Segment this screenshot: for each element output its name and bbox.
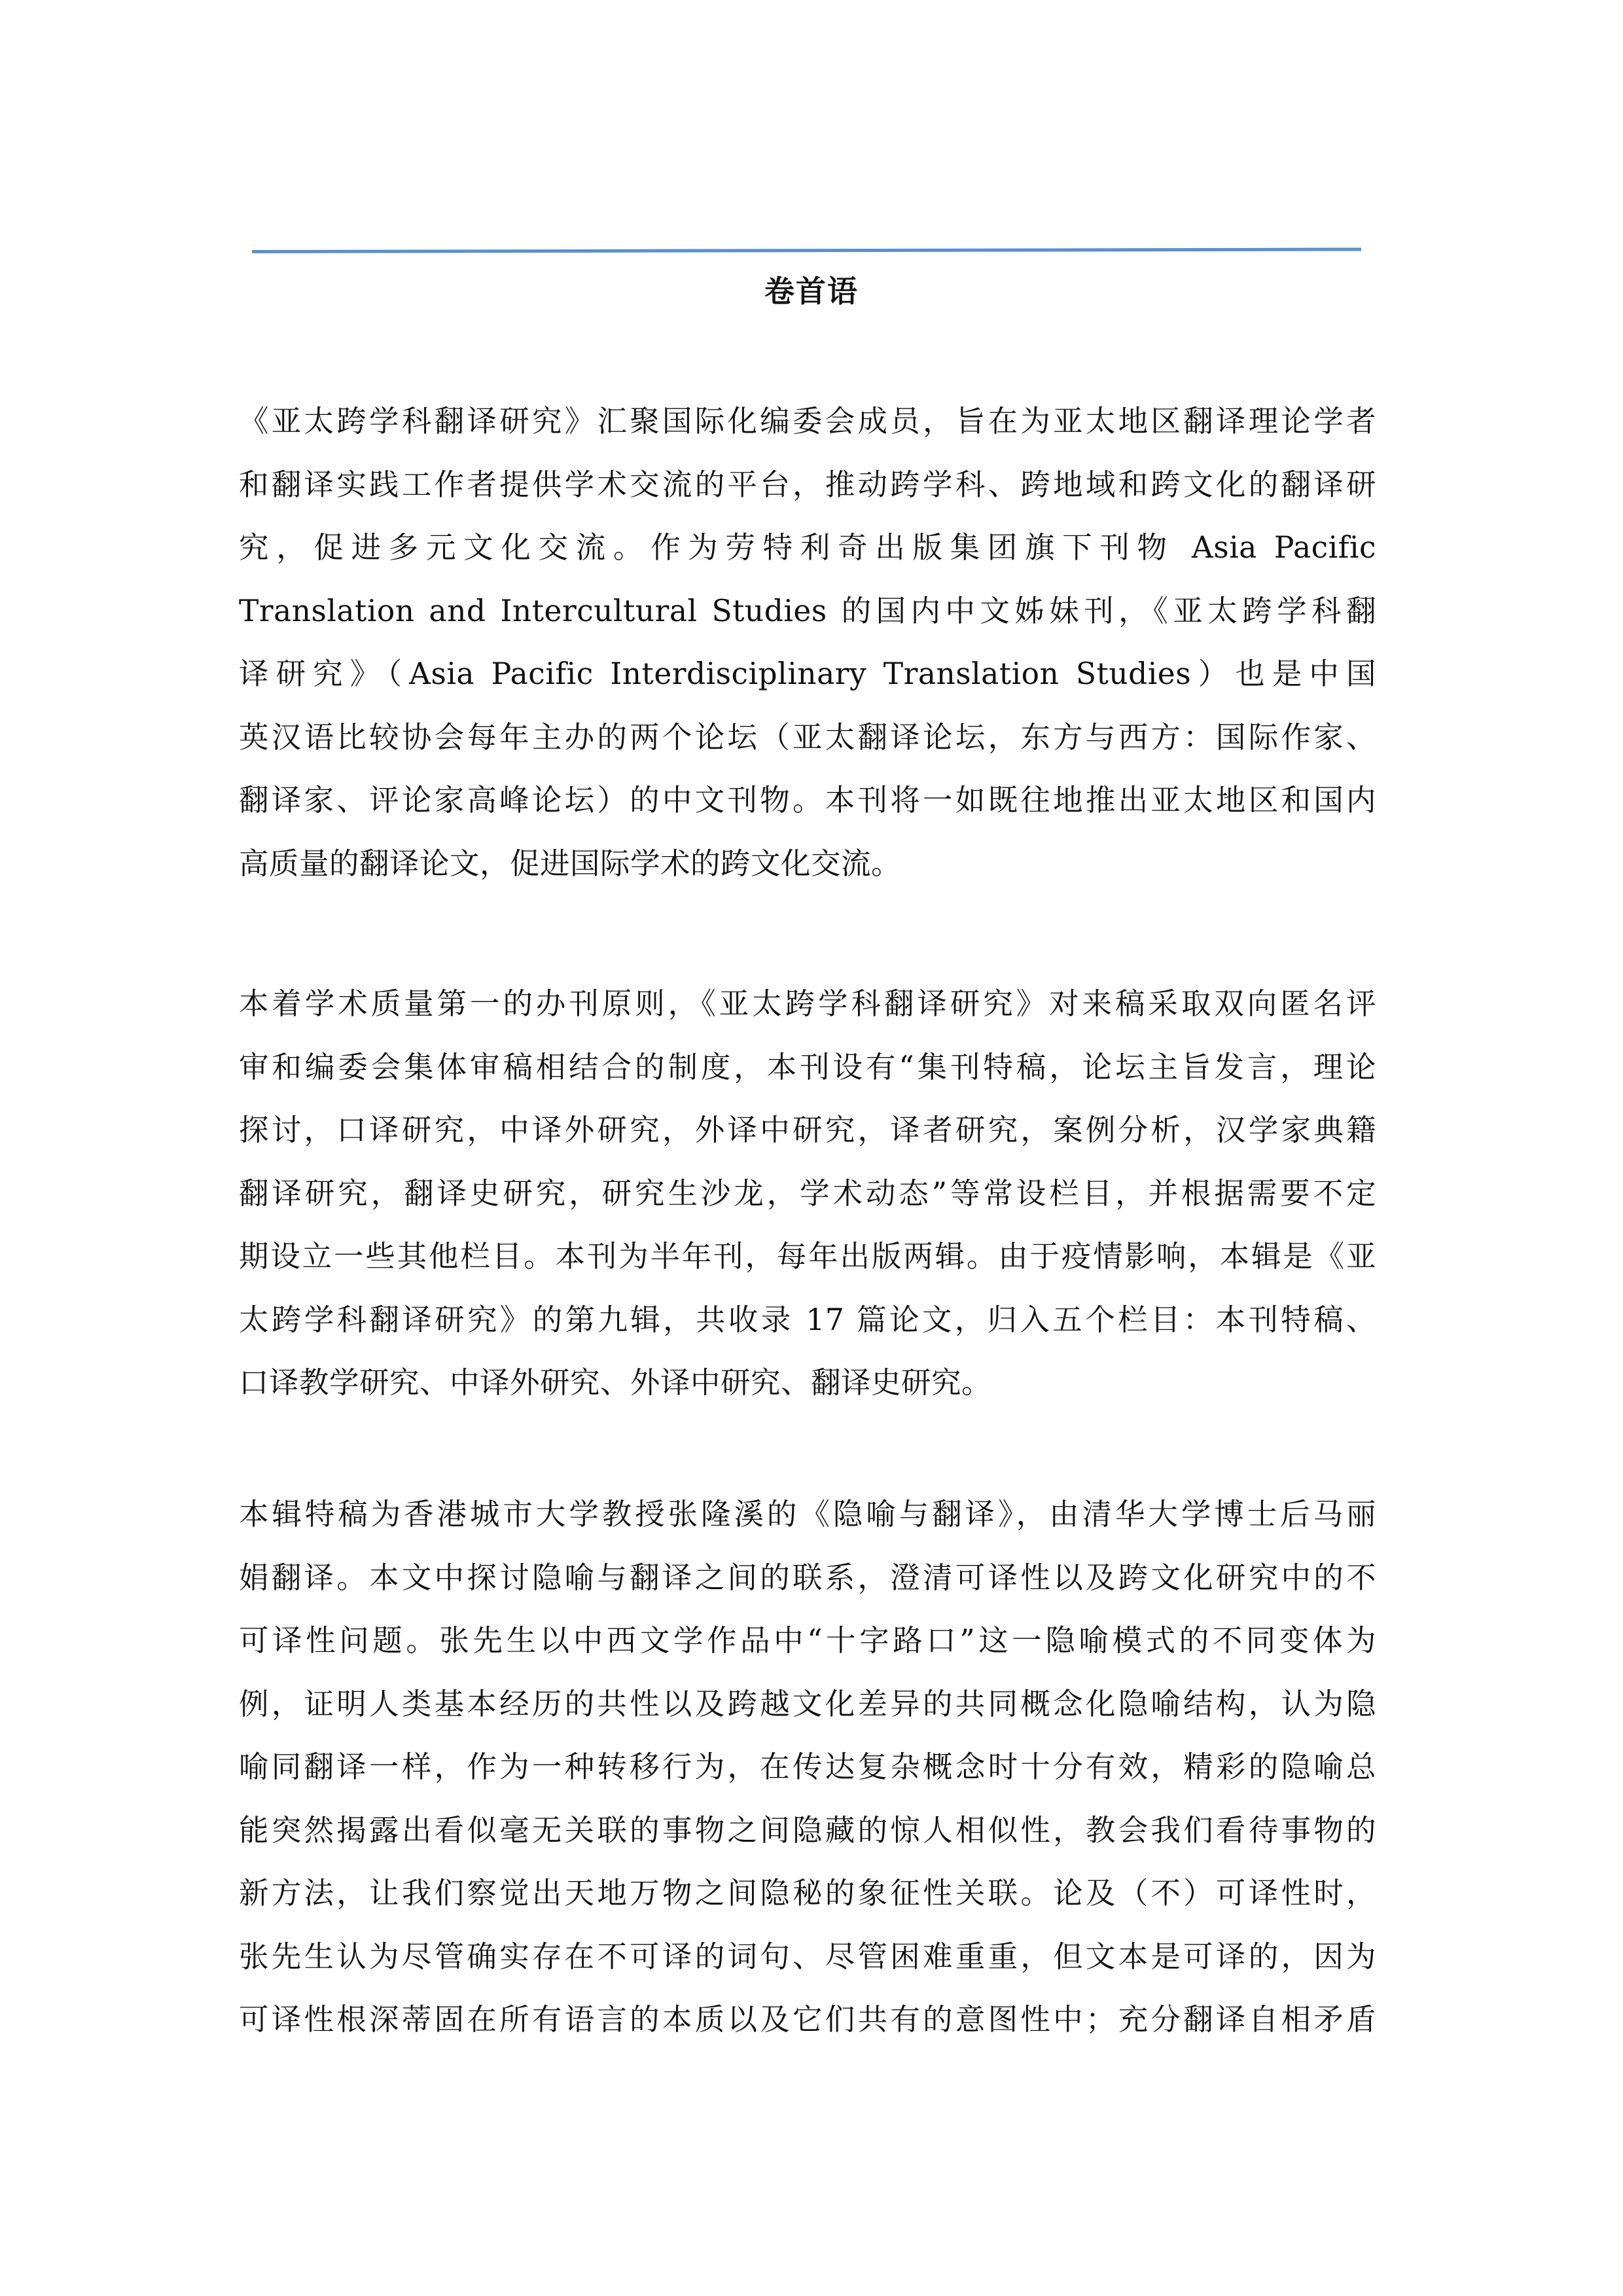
paragraph-editorial-policy: 本着学术质量第一的办刊原则，《亚太跨学科翻译研究》对来稿采取双向匿名评 审和编委… <box>239 973 1376 1415</box>
text-line: 可译性根深蒂固在所有语言的本质以及它们共有的意图性中；充分翻译自相矛盾 <box>239 1988 1376 2052</box>
header-rule <box>252 247 1361 253</box>
text-line: 期设立一些其他栏目。本刊为半年刊，每年出版两辑。由于疫情影响，本辑是《亚 <box>239 1225 1376 1289</box>
text-line: 张先生认为尽管确实存在不可译的词句、尽管困难重重，但文本是可译的，因为 <box>239 1926 1376 1989</box>
text-line: 本辑特稿为香港城市大学教授张隆溪的《隐喻与翻译》，由清华大学博士后马丽 <box>239 1483 1376 1547</box>
paragraph-featured-article: 本辑特稿为香港城市大学教授张隆溪的《隐喻与翻译》，由清华大学博士后马丽 娟翻译。… <box>239 1483 1376 2052</box>
text-line: 口译教学研究、中译外研究、外译中研究、翻译史研究。 <box>239 1352 1376 1415</box>
text-line: 本着学术质量第一的办刊原则，《亚太跨学科翻译研究》对来稿采取双向匿名评 <box>239 973 1376 1036</box>
text-line: 能突然揭露出看似毫无关联的事物之间隐藏的惊人相似性，教会我们看待事物的 <box>239 1799 1376 1863</box>
text-line: 高质量的翻译论文，促进国际学术的跨文化交流。 <box>239 833 1376 896</box>
text-line: Translation and Intercultural Studies 的国… <box>239 580 1376 643</box>
text-line: 究，促进多元文化交流。作为劳特利奇出版集团旗下刊物 Asia Pacific <box>239 516 1376 580</box>
text-line: 和翻译实践工作者提供学术交流的平台，推动跨学科、跨地域和跨文化的翻译研 <box>239 454 1376 517</box>
text-line: 审和编委会集体审稿相结合的制度，本刊设有“集刊特稿，论坛主旨发言，理论 <box>239 1036 1376 1100</box>
text-line: 翻译研究，翻译史研究，研究生沙龙，学术动态”等常设栏目，并根据需要不定 <box>239 1162 1376 1226</box>
text-line: 可译性问题。张先生以中西文学作品中“十字路口”这一隐喻模式的不同变体为 <box>239 1609 1376 1673</box>
text-line: 喻同翻译一样，作为一种转移行为，在传达复杂概念时十分有效，精彩的隐喻总 <box>239 1736 1376 1799</box>
text-line: 太跨学科翻译研究》的第九辑，共收录 17 篇论文，归入五个栏目：本刊特稿、 <box>239 1289 1376 1352</box>
paragraph-intro: 《亚太跨学科翻译研究》汇聚国际化编委会成员，旨在为亚太地区翻译理论学者 和翻译实… <box>239 390 1376 895</box>
text-line: 译研究》（Asia Pacific Interdisciplinary Tran… <box>239 643 1376 706</box>
text-line: 例，证明人类基本经历的共性以及跨越文化差异的共同概念化隐喻结构，认为隐 <box>239 1673 1376 1736</box>
page-title: 卷首语 <box>0 272 1623 311</box>
text-line: 新方法，让我们察觉出天地万物之间隐秘的象征性关联。论及（不）可译性时， <box>239 1862 1376 1926</box>
text-line: 娟翻译。本文中探讨隐喻与翻译之间的联系，澄清可译性以及跨文化研究中的不 <box>239 1547 1376 1610</box>
text-line: 翻译家、评论家高峰论坛）的中文刊物。本刊将一如既往地推出亚太地区和国内 <box>239 769 1376 833</box>
text-line: 《亚太跨学科翻译研究》汇聚国际化编委会成员，旨在为亚太地区翻译理论学者 <box>239 390 1376 454</box>
text-line: 英汉语比较协会每年主办的两个论坛（亚太翻译论坛，东方与西方：国际作家、 <box>239 706 1376 770</box>
text-line: 探讨，口译研究，中译外研究，外译中研究，译者研究，案例分析，汉学家典籍 <box>239 1099 1376 1162</box>
